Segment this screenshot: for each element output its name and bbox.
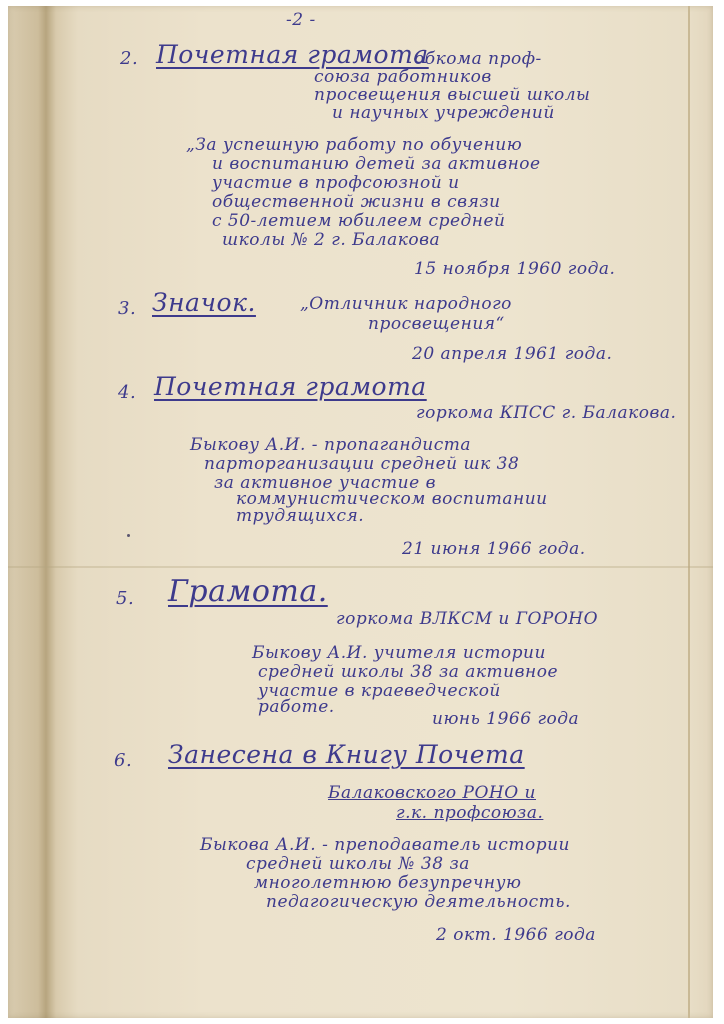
issuer-line: горкома КПСС г. Балакова. xyxy=(416,404,676,423)
entry-title: Почетная грамота xyxy=(156,40,429,69)
text-line: Быкову А.И. учителя истории xyxy=(252,644,546,663)
text-line: участие в профсоюзной и xyxy=(212,174,460,193)
text-line: средней школы 38 за активное xyxy=(258,663,558,682)
entry-title: Занесена в Книгу Почета xyxy=(168,740,525,769)
text-line: и воспитанию детей за активное xyxy=(212,155,541,174)
issuer-line: горкома ВЛКСМ и ГОРОНО xyxy=(336,610,598,629)
entry-number: 6. xyxy=(114,750,132,771)
entry-title: Почетная грамота xyxy=(154,372,427,401)
entry-number: 2. xyxy=(120,48,138,69)
text-line: общественной жизни в связи xyxy=(212,193,501,212)
text-line: Быкова А.И. - преподаватель истории xyxy=(200,836,570,855)
text-line: „За успешную работу по обучению xyxy=(186,136,522,155)
text-line: трудящихся. xyxy=(236,507,364,526)
entry-title: Грамота. xyxy=(168,574,328,609)
issuer-line: Балаковского РОНО и xyxy=(328,784,536,803)
text-line: просвещения“ xyxy=(368,315,505,334)
ink-speck xyxy=(127,534,130,537)
text-line: „Отличник народного xyxy=(300,295,512,314)
entry-date: 2 окт. 1966 года xyxy=(436,926,596,945)
text-line: работе. xyxy=(258,698,335,717)
text-line: школы № 2 г. Балакова xyxy=(222,231,440,250)
text-line: многолетнюю безупречную xyxy=(254,874,521,893)
entry-date: 21 июня 1966 года. xyxy=(402,540,586,559)
entry-number: 3. xyxy=(118,298,136,319)
page-number: -2 - xyxy=(286,10,316,30)
entry-title: Значок. xyxy=(152,288,256,317)
entry-date: 20 апреля 1961 года. xyxy=(412,345,612,364)
text-line: средней школы № 38 за xyxy=(246,855,470,874)
issuer-line: г.к. профсоюза. xyxy=(396,804,543,823)
paper-fold xyxy=(8,566,713,568)
entry-number: 5. xyxy=(116,588,134,609)
text-line: педагогическую деятельность. xyxy=(266,893,571,912)
text-line: Быкову А.И. - пропагандиста xyxy=(190,436,471,455)
issuer-line: и научных учреждений xyxy=(332,104,555,123)
entry-date: 15 ноября 1960 года. xyxy=(414,260,615,279)
entry-date: июнь 1966 года xyxy=(432,710,579,729)
text-line: парторганизации средней шк 38 xyxy=(204,455,519,474)
page-edge xyxy=(688,6,690,1018)
text-line: с 50-летием юбилеем средней xyxy=(212,212,506,231)
entry-number: 4. xyxy=(118,382,136,403)
